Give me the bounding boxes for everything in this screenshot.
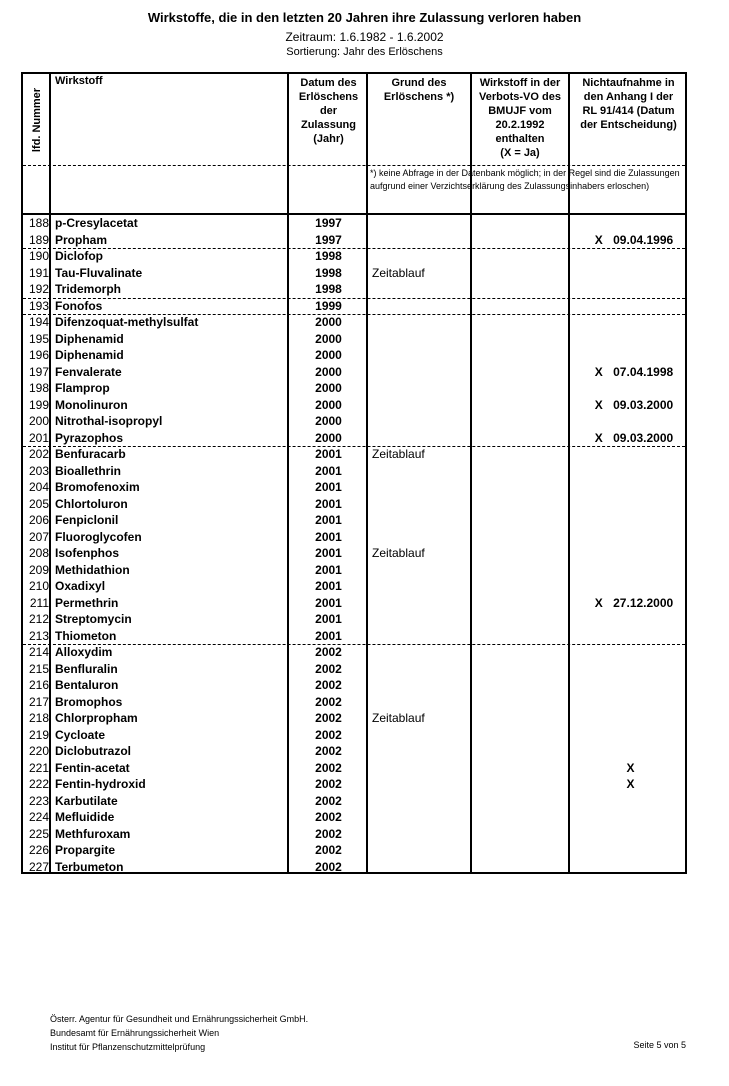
- substance-name: Pyrazophos: [55, 430, 123, 447]
- table-row: 204Bromofenoxim2001: [23, 479, 685, 496]
- table-row: 191Tau-Fluvalinate1998Zeitablauf: [23, 265, 685, 282]
- expiry-year: 2000: [289, 413, 368, 430]
- expiry-year: 2001: [289, 512, 368, 529]
- expiry-year: 2002: [289, 661, 368, 678]
- row-number: 193: [23, 298, 49, 315]
- table-row: 221Fentin-acetat2002X: [23, 760, 685, 777]
- non-inclusion-decision: X: [572, 776, 689, 793]
- substance-name: Diphenamid: [55, 331, 124, 348]
- row-number: 210: [23, 578, 49, 595]
- header-grund: Grund desErlöschens *): [368, 76, 470, 104]
- table-row: 224Mefluidide2002: [23, 809, 685, 826]
- row-number: 219: [23, 727, 49, 744]
- expiry-year: 2002: [289, 710, 368, 727]
- period-subtitle: Zeitraum: 1.6.1982 - 1.6.2002: [0, 30, 729, 44]
- substance-name: Karbutilate: [55, 793, 118, 810]
- table-row: 195Diphenamid2000: [23, 331, 685, 348]
- expiry-year: 1999: [289, 298, 368, 315]
- substance-name: Flamprop: [55, 380, 110, 397]
- substance-name: Methfuroxam: [55, 826, 130, 843]
- table-row: 211Permethrin2001X 27.12.2000: [23, 595, 685, 612]
- expiry-year: 1997: [289, 232, 368, 249]
- row-number: 221: [23, 760, 49, 777]
- expiry-year: 1997: [289, 215, 368, 232]
- expiry-year: 2000: [289, 331, 368, 348]
- row-number: 202: [23, 446, 49, 463]
- table-row: 203Bioallethrin2001: [23, 463, 685, 480]
- substance-name: Fonofos: [55, 298, 102, 315]
- substance-name: Oxadixyl: [55, 578, 105, 595]
- expiry-year: 2002: [289, 826, 368, 843]
- footer-line-2: Bundesamt für Ernährungssicherheit Wien: [50, 1026, 308, 1040]
- substance-name: Permethrin: [55, 595, 118, 612]
- expiry-year: 2001: [289, 463, 368, 480]
- sort-subtitle: Sortierung: Jahr des Erlöschens: [0, 46, 729, 58]
- table-row: 220Diclobutrazol2002: [23, 743, 685, 760]
- table-row: 188p-Cresylacetat1997: [23, 215, 685, 232]
- row-number: 218: [23, 710, 49, 727]
- substance-name: Fenvalerate: [55, 364, 122, 381]
- row-number: 199: [23, 397, 49, 414]
- row-number: 222: [23, 776, 49, 793]
- expiry-year: 1998: [289, 265, 368, 282]
- table-row: 217Bromophos2002: [23, 694, 685, 711]
- substance-name: Bromofenoxim: [55, 479, 140, 496]
- table-row: 223Karbutilate2002: [23, 793, 685, 810]
- expiry-year: 2000: [289, 397, 368, 414]
- row-number: 227: [23, 859, 49, 876]
- substance-name: Alloxydim: [55, 644, 112, 661]
- table-row: 194Difenzoquat-methylsulfat2000: [23, 314, 685, 331]
- row-number: 225: [23, 826, 49, 843]
- substance-name: Fentin-hydroxid: [55, 776, 146, 793]
- footer-line-1: Österr. Agentur für Gesundheit und Ernäh…: [50, 1012, 308, 1026]
- row-number: 190: [23, 248, 49, 265]
- row-number: 209: [23, 562, 49, 579]
- table-row: 212Streptomycin2001: [23, 611, 685, 628]
- row-number: 213: [23, 628, 49, 645]
- header-nichtaufnahme: Nichtaufnahme inden Anhang I derRL 91/41…: [570, 76, 687, 132]
- header-verbot: Wirkstoff in derVerbots-VO desBMUJF vom2…: [472, 76, 568, 160]
- expiry-year: 2001: [289, 562, 368, 579]
- table-row: 209Methidathion2001: [23, 562, 685, 579]
- substance-name: Propham: [55, 232, 107, 249]
- expiry-year: 2001: [289, 628, 368, 645]
- expiry-year: 1998: [289, 248, 368, 265]
- substance-name: Chlortoluron: [55, 496, 128, 513]
- table-row: 208Isofenphos2001Zeitablauf: [23, 545, 685, 562]
- non-inclusion-decision: X 09.04.1996: [572, 232, 689, 249]
- substance-name: Tridemorph: [55, 281, 121, 298]
- non-inclusion-decision: X 09.03.2000: [572, 430, 689, 447]
- substance-name: Chlorpropham: [55, 710, 138, 727]
- table-row: 197Fenvalerate2000X 07.04.1998: [23, 364, 685, 381]
- row-number: 195: [23, 331, 49, 348]
- expiry-year: 2001: [289, 446, 368, 463]
- table-row: 210Oxadixyl2001: [23, 578, 685, 595]
- row-number: 217: [23, 694, 49, 711]
- expiry-year: 2001: [289, 611, 368, 628]
- row-number: 204: [23, 479, 49, 496]
- table-row: 200Nitrothal-isopropyl2000: [23, 413, 685, 430]
- expiry-year: 2000: [289, 314, 368, 331]
- table-row: 218Chlorpropham2002Zeitablauf: [23, 710, 685, 727]
- substance-name: Bromophos: [55, 694, 122, 711]
- table-row: 189Propham1997X 09.04.1996: [23, 232, 685, 249]
- row-number: 215: [23, 661, 49, 678]
- row-number: 200: [23, 413, 49, 430]
- footnote: *) keine Abfrage in der Datenbank möglic…: [370, 167, 685, 193]
- row-number: 197: [23, 364, 49, 381]
- expiry-year: 2000: [289, 347, 368, 364]
- expiry-reason: Zeitablauf: [372, 545, 425, 562]
- expiry-year: 2002: [289, 776, 368, 793]
- expiry-year: 2001: [289, 479, 368, 496]
- row-number: 220: [23, 743, 49, 760]
- row-number: 226: [23, 842, 49, 859]
- row-number: 192: [23, 281, 49, 298]
- substance-name: Diphenamid: [55, 347, 124, 364]
- substance-name: Streptomycin: [55, 611, 132, 628]
- table-row: 192Tridemorph1998: [23, 281, 685, 298]
- row-number: 214: [23, 644, 49, 661]
- substance-name: Benfuracarb: [55, 446, 126, 463]
- row-number: 194: [23, 314, 49, 331]
- header-dashed-divider: [23, 165, 685, 166]
- substance-name: Isofenphos: [55, 545, 119, 562]
- row-number: 211: [23, 595, 49, 612]
- table-row: 215Benfluralin2002: [23, 661, 685, 678]
- expiry-year: 2002: [289, 727, 368, 744]
- expiry-year: 1998: [289, 281, 368, 298]
- table-row: 199Monolinuron2000X 09.03.2000: [23, 397, 685, 414]
- substance-name: Propargite: [55, 842, 115, 859]
- substance-name: Bentaluron: [55, 677, 118, 694]
- expiry-year: 2001: [289, 496, 368, 513]
- active-substances-table: lfd. Nummer Wirkstoff Datum desErlöschen…: [21, 72, 687, 874]
- substance-name: Difenzoquat-methylsulfat: [55, 314, 198, 331]
- expiry-year: 2002: [289, 809, 368, 826]
- row-number: 188: [23, 215, 49, 232]
- table-row: 222Fentin-hydroxid2002X: [23, 776, 685, 793]
- substance-name: Fenpiclonil: [55, 512, 118, 529]
- row-number: 196: [23, 347, 49, 364]
- row-number: 206: [23, 512, 49, 529]
- substance-name: Monolinuron: [55, 397, 128, 414]
- substance-name: Tau-Fluvalinate: [55, 265, 142, 282]
- substance-name: Thiometon: [55, 628, 116, 645]
- substance-name: Fentin-acetat: [55, 760, 130, 777]
- expiry-reason: Zeitablauf: [372, 446, 425, 463]
- table-row: 227Terbumeton2002: [23, 859, 685, 876]
- row-number: 212: [23, 611, 49, 628]
- substance-name: Mefluidide: [55, 809, 114, 826]
- header-nr: lfd. Nummer: [23, 74, 51, 165]
- table-row: 226Propargite2002: [23, 842, 685, 859]
- expiry-year: 2001: [289, 529, 368, 546]
- expiry-year: 2002: [289, 859, 368, 876]
- expiry-year: 2002: [289, 743, 368, 760]
- table-row: 201Pyrazophos2000X 09.03.2000: [23, 430, 685, 447]
- substance-name: Fluoroglycofen: [55, 529, 142, 546]
- table-row: 225Methfuroxam2002: [23, 826, 685, 843]
- substance-name: Bioallethrin: [55, 463, 121, 480]
- row-number: 205: [23, 496, 49, 513]
- row-number: 201: [23, 430, 49, 447]
- expiry-year: 2001: [289, 545, 368, 562]
- row-number: 189: [23, 232, 49, 249]
- table-row: 190Diclofop1998: [23, 248, 685, 265]
- table-row: 216Bentaluron2002: [23, 677, 685, 694]
- non-inclusion-decision: X: [572, 760, 689, 777]
- substance-name: Nitrothal-isopropyl: [55, 413, 162, 430]
- table-row: 196Diphenamid2000: [23, 347, 685, 364]
- page-number: Seite 5 von 5: [633, 1040, 686, 1050]
- substance-name: p-Cresylacetat: [55, 215, 138, 232]
- table-row: 193Fonofos1999: [23, 298, 685, 315]
- table-row: 202Benfuracarb2001Zeitablauf: [23, 446, 685, 463]
- table-row: 198Flamprop2000: [23, 380, 685, 397]
- expiry-year: 2002: [289, 644, 368, 661]
- table-row: 214Alloxydim2002: [23, 644, 685, 661]
- expiry-year: 2002: [289, 842, 368, 859]
- table-row: 219Cycloate2002: [23, 727, 685, 744]
- expiry-year: 2002: [289, 677, 368, 694]
- row-number: 216: [23, 677, 49, 694]
- header-wirkstoff: Wirkstoff: [55, 75, 103, 87]
- non-inclusion-decision: X 07.04.1998: [572, 364, 689, 381]
- document-title: Wirkstoffe, die in den letzten 20 Jahren…: [0, 10, 729, 25]
- expiry-year: 2002: [289, 793, 368, 810]
- non-inclusion-decision: X 09.03.2000: [572, 397, 689, 414]
- substance-name: Diclofop: [55, 248, 103, 265]
- table-row: 206Fenpiclonil2001: [23, 512, 685, 529]
- footer-institution: Österr. Agentur für Gesundheit und Ernäh…: [50, 1012, 308, 1054]
- non-inclusion-decision: X 27.12.2000: [572, 595, 689, 612]
- row-number: 207: [23, 529, 49, 546]
- row-number: 191: [23, 265, 49, 282]
- substance-name: Diclobutrazol: [55, 743, 131, 760]
- table-row: 207Fluoroglycofen2001: [23, 529, 685, 546]
- table-row: 213Thiometon2001: [23, 628, 685, 645]
- expiry-year: 2002: [289, 694, 368, 711]
- row-number: 223: [23, 793, 49, 810]
- expiry-year: 2002: [289, 760, 368, 777]
- row-number: 203: [23, 463, 49, 480]
- substance-name: Cycloate: [55, 727, 105, 744]
- expiry-year: 2001: [289, 595, 368, 612]
- table-row: 205Chlortoluron2001: [23, 496, 685, 513]
- expiry-reason: Zeitablauf: [372, 265, 425, 282]
- header-datum: Datum desErlöschensderZulassung(Jahr): [289, 76, 368, 146]
- expiry-year: 2000: [289, 364, 368, 381]
- expiry-reason: Zeitablauf: [372, 710, 425, 727]
- expiry-year: 2000: [289, 430, 368, 447]
- row-number: 224: [23, 809, 49, 826]
- expiry-year: 2000: [289, 380, 368, 397]
- row-number: 198: [23, 380, 49, 397]
- row-number: 208: [23, 545, 49, 562]
- substance-name: Terbumeton: [55, 859, 123, 876]
- footer-line-3: Institut für Pflanzenschutzmittelprüfung: [50, 1040, 308, 1054]
- substance-name: Methidathion: [55, 562, 130, 579]
- substance-name: Benfluralin: [55, 661, 118, 678]
- expiry-year: 2001: [289, 578, 368, 595]
